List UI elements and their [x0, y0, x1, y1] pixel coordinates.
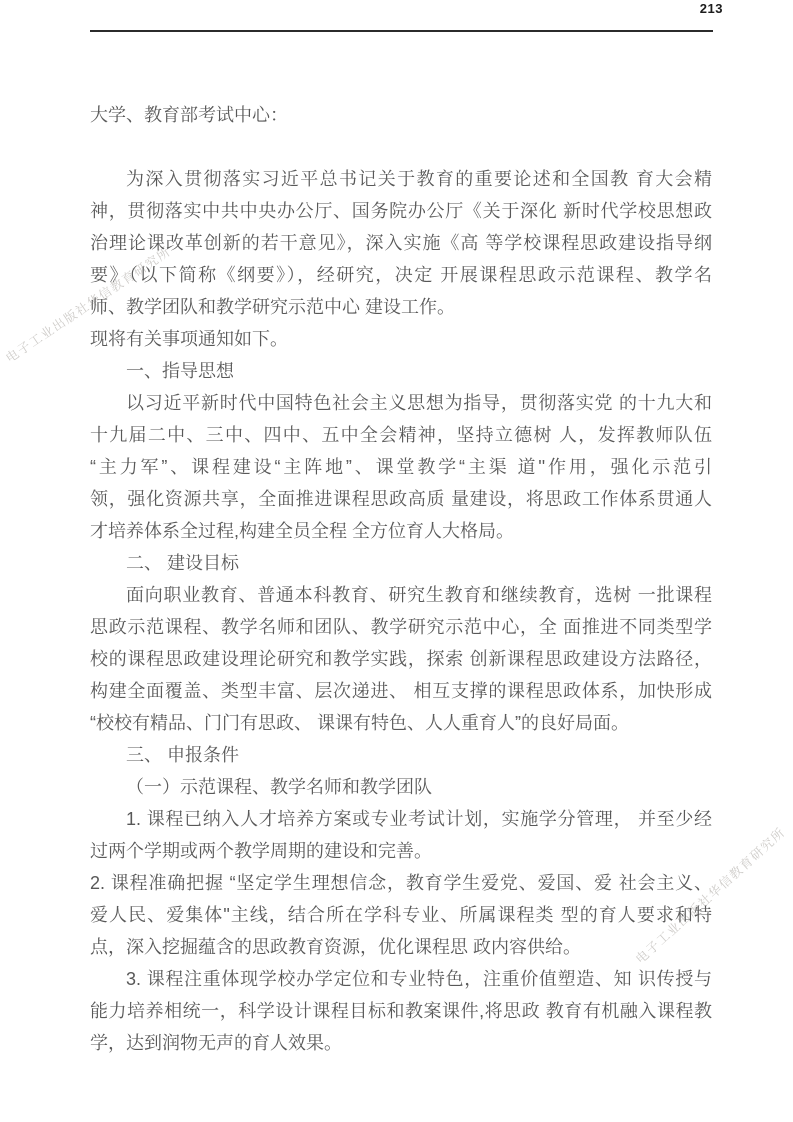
section-3-heading: 三、 申报条件 [90, 739, 712, 771]
text-line: 爱人民、爱集体"主线，结合所在学科专业、所属课程类 型的育人要求和特 [90, 899, 712, 931]
text-line: 三、 申报条件 [90, 739, 712, 771]
salutation-line: 大学、教育部考试中心： [90, 99, 712, 131]
text-line: （一）示范课程、教学名师和教学团队 [90, 771, 712, 803]
text-line: 思政示范课程、教学名师和团队、教学研究示范中心，全 面推进不同类型学 [90, 611, 712, 643]
text-line: 师、教学团队和教学研究示范中心 建设工作。 [90, 291, 712, 323]
text-line: 过两个学期或两个教学周期的建设和完善。 [90, 835, 712, 867]
text-line: 要》（以下简称《纲要》），经研究，决定 开展课程思政示范课程、教学名 [90, 259, 712, 291]
text-line: 以习近平新时代中国特色社会主义思想为指导，贯彻落实党 的十九大和 [90, 387, 712, 419]
section-2-heading: 二、 建设目标 [90, 547, 712, 579]
text-line: 治理论课改革创新的若干意见》，深入实施《高 等学校课程思政建设指导纲 [90, 227, 712, 259]
text-line: 现将有关事项通知如下。 [90, 323, 712, 355]
text-line: “主力军”、课程建设“主阵地”、课堂教学“主渠 道''作用，强化示范引 [90, 451, 712, 483]
text-line: 领，强化资源共享，全面推进课程思政高质 量建设，将思政工作体系贯通人 [90, 483, 712, 515]
text-line: 二、 建设目标 [90, 547, 712, 579]
document-blocks: 为深入贯彻落实习近平总书记关于教育的重要论述和全国教 育大会精神，贯彻落实中共中… [90, 163, 712, 1059]
text-line: 一、指导思想 [90, 355, 712, 387]
text-line: 2. 课程准确把握 “坚定学生理想信念，教育学生爱党、爱国、爱 社会主义、 [90, 867, 712, 899]
section-1-paragraph: 以习近平新时代中国特色社会主义思想为指导，贯彻落实党 的十九大和十九届二中、三中… [90, 387, 712, 547]
text-line: 校的课程思政建设理论研究和教学实践，探索 创新课程思政建设方法路径， [90, 643, 712, 675]
page-number: 213 [700, 1, 723, 16]
text-line: 才培养体系全过程,构建全员全程 全方位育人大格局。 [90, 515, 712, 547]
document-page: 213 电子工业出版社华信教育研究所 电子工业出版社华信教育研究所 大学、教育部… [0, 0, 793, 1122]
section-3-sub-heading: （一）示范课程、教学名师和教学团队 [90, 771, 712, 803]
text-line: 神，贯彻落实中共中央办公厅、国务院办公厅《关于深化 新时代学校思想政 [90, 195, 712, 227]
item-2-paragraph: 2. 课程准确把握 “坚定学生理想信念，教育学生爱党、爱国、爱 社会主义、爱人民… [90, 867, 712, 963]
text-line: “校校有精品、门门有思政、 课课有特色、人人重育人”的良好局面。 [90, 707, 712, 739]
text-line: 为深入贯彻落实习近平总书记关于教育的重要论述和全国教 育大会精 [90, 163, 712, 195]
section-2-paragraph: 面向职业教育、普通本科教育、研究生教育和继续教育，选树 一批课程思政示范课程、教… [90, 579, 712, 739]
text-line: 1. 课程已纳入人才培养方案或专业考试计划，实施学分管理， 并至少经 [90, 803, 712, 835]
text-line: 十九届二中、三中、四中、五中全会精神，坚持立德树 人，发挥教师队伍 [90, 419, 712, 451]
item-3-paragraph: 3. 课程注重体现学校办学定位和专业特色，注重价值塑造、知 识传授与能力培养相统… [90, 963, 712, 1059]
text-line: 构建全面覆盖、类型丰富、层次递进、 相互支撑的课程思政体系，加快形成 [90, 675, 712, 707]
text-line: 点，深入挖掘蕴含的思政教育资源，优化课程思 政内容供给。 [90, 931, 712, 963]
opening-paragraph: 为深入贯彻落实习近平总书记关于教育的重要论述和全国教 育大会精神，贯彻落实中共中… [90, 163, 712, 355]
document-body: 大学、教育部考试中心： 为深入贯彻落实习近平总书记关于教育的重要论述和全国教 育… [90, 99, 712, 1059]
item-1-paragraph: 1. 课程已纳入人才培养方案或专业考试计划，实施学分管理， 并至少经过两个学期或… [90, 803, 712, 867]
text-line: 3. 课程注重体现学校办学定位和专业特色，注重价值塑造、知 识传授与 [90, 963, 712, 995]
header-rule [90, 30, 713, 32]
text-line: 能力培养相统一，科学设计课程目标和教案课件,将思政 教育有机融入课程教 [90, 995, 712, 1027]
section-1-heading: 一、指导思想 [90, 355, 712, 387]
text-line: 学，达到润物无声的育人效果。 [90, 1027, 712, 1059]
text-line: 面向职业教育、普通本科教育、研究生教育和继续教育，选树 一批课程 [90, 579, 712, 611]
